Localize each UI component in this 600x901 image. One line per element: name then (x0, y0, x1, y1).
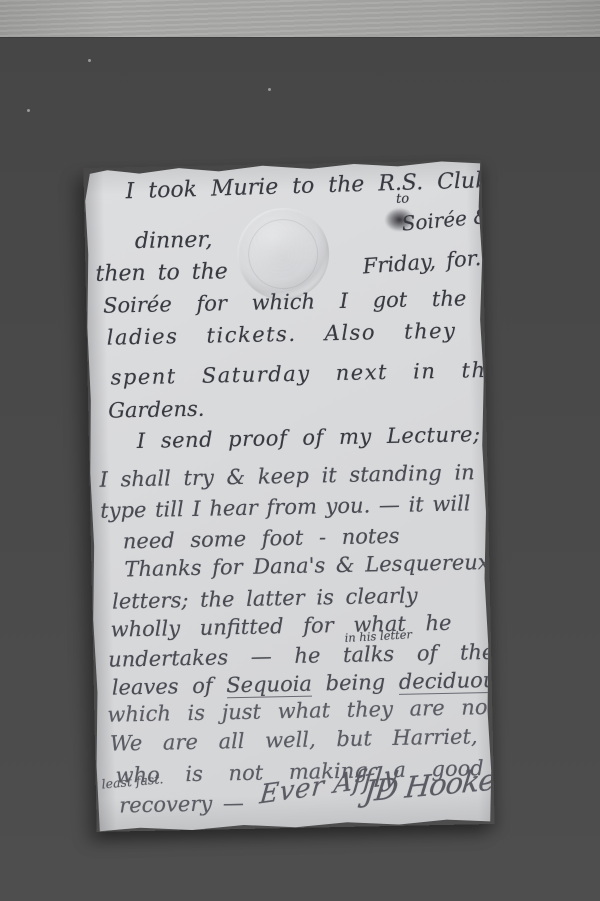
handwritten-line-sequoia: leaves of Sequoia being deciduous (112, 668, 508, 700)
handwritten-line: I send proof of my Lecture; (137, 422, 481, 453)
inserted-word: to (396, 192, 409, 207)
handwritten-line: I shall try & keep it standing in (99, 460, 475, 492)
handwritten-line: need some foot - notes (123, 524, 400, 554)
dust-speck (27, 109, 30, 112)
handwritten-line: spent Saturday next in the (110, 358, 500, 390)
underlined-word: deciduous (399, 668, 508, 695)
handwritten-line: Gardens. (108, 397, 205, 423)
underlined-word: Sequoia (226, 672, 312, 699)
dust-speck (268, 88, 271, 91)
backdrop-top-band (0, 0, 600, 38)
manuscript-photo: I took Murie to the R.S. Club dinner, to… (0, 0, 600, 901)
handwritten-line: I took Murie to the R.S. Club (125, 168, 489, 204)
margin-note: at least fast. (85, 771, 164, 793)
sequoia-line-mid: being (312, 670, 399, 696)
sequoia-line-pre: leaves of (112, 673, 227, 699)
embossed-seal-icon (236, 207, 330, 301)
dust-speck (88, 59, 91, 62)
handwritten-line: Friday, for. (362, 246, 482, 279)
handwritten-line: ladies tickets. Also they (107, 319, 457, 350)
handwritten-line: dinner, (135, 227, 213, 254)
handwritten-line: letters; the latter is clearly (112, 583, 418, 613)
handwritten-line: type till I hear from you. — it will (100, 491, 471, 522)
paper-sheet: I took Murie to the R.S. Club dinner, to… (83, 160, 494, 832)
letter-paper: I took Murie to the R.S. Club dinner, to… (83, 160, 494, 832)
handwritten-line: We are all well, but Harriet, (110, 724, 478, 755)
handwritten-line: Soirée & (401, 204, 492, 236)
handwritten-line: undertakes — he talks of the (108, 640, 495, 672)
handwritten-line: which is just what they are not. (107, 695, 503, 727)
handwritten-line: Soirée for which I got the (103, 286, 467, 317)
handwritten-line: recovery — (119, 791, 244, 817)
handwritten-line: Thanks for Dana's & Lesquereux's (124, 550, 506, 582)
handwritten-line: then to the (95, 259, 228, 287)
